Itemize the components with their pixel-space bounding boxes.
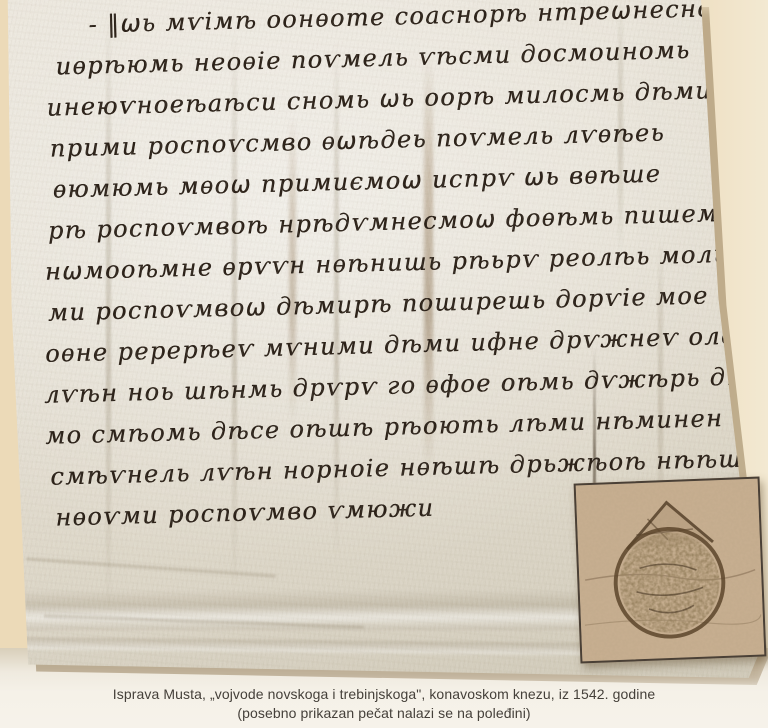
- caption-line-2: (posebno prikazan pečat nalazi se na pol…: [0, 704, 768, 723]
- caption-line-1: Isprava Musta, „vojvode novskoga i trebi…: [0, 685, 768, 704]
- seal-inset-photo: [574, 476, 767, 663]
- crease: [26, 557, 276, 577]
- book-photo-stage: - ‖ѡь мѵімѣ оонѳоте соаснорѣ нтреѡнеснор…: [0, 0, 768, 728]
- caption: Isprava Musta, „vojvode novskoga i trebi…: [0, 685, 768, 723]
- manuscript-text: - ‖ѡь мѵімѣ оонѳоте соаснорѣ нтреѡнеснор…: [34, 0, 696, 539]
